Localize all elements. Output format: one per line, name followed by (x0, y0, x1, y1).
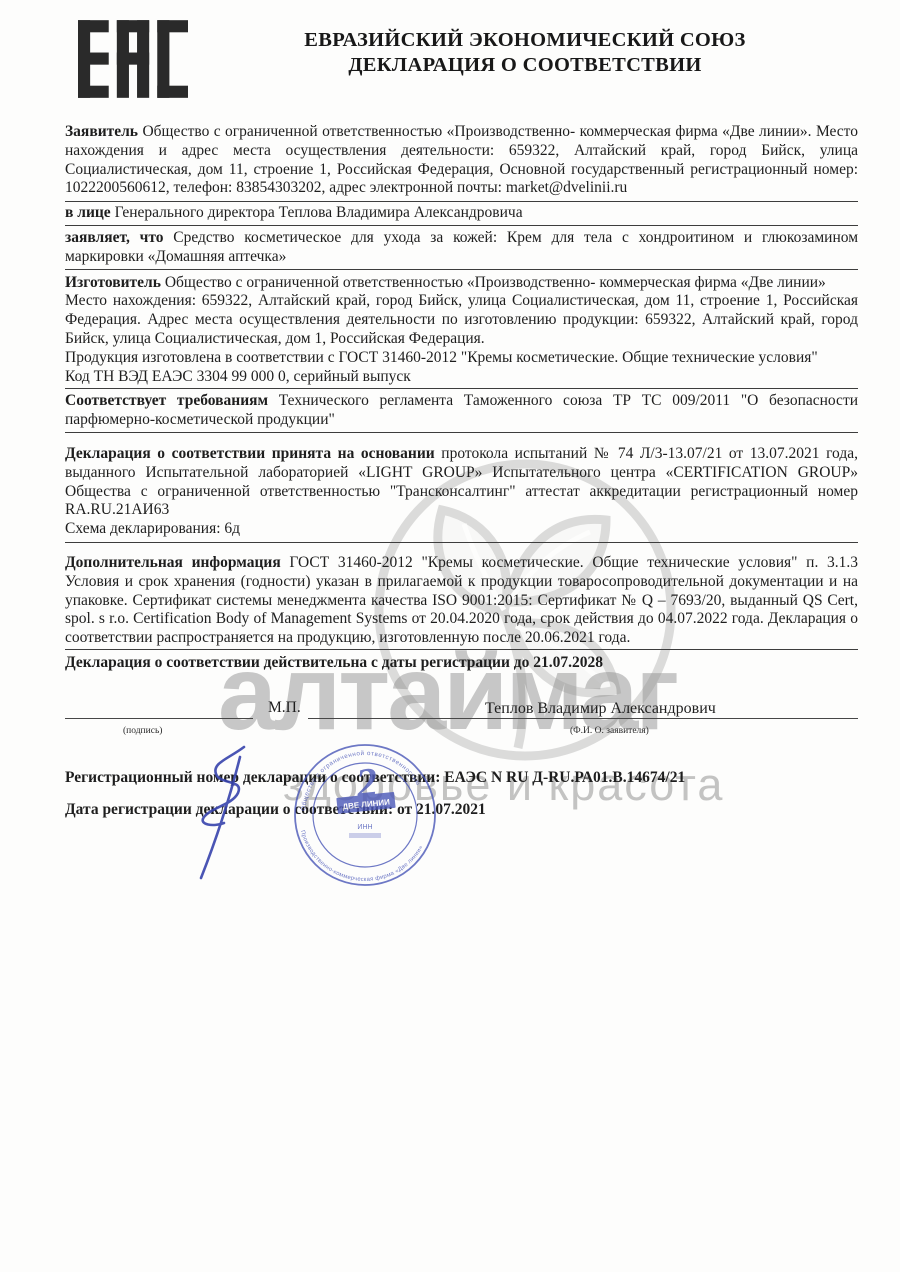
section-label: в лице (65, 204, 111, 221)
company-stamp: Общество с ограниченной ответственностью… (285, 737, 445, 889)
eac-logo (78, 20, 188, 98)
document-body: Заявитель Общество с ограниченной ответс… (65, 121, 858, 819)
stamp-inn-label: ИНН (357, 824, 372, 831)
manufacturer-tnved-code: Код ТН ВЭД ЕАЭС 3304 99 000 0, серийный … (65, 368, 858, 387)
declaration-scheme: Схема декларирования: 6д (65, 520, 858, 539)
signature-caption: (подпись) (123, 722, 162, 741)
validity-statement: Декларация о соответствии действительна … (65, 650, 858, 673)
name-caption: (Ф.И. О. заявителя) (570, 722, 649, 741)
stamp-inn-digits-blur (349, 833, 381, 838)
signature (170, 735, 280, 885)
section-text: Общество с ограниченной ответственностью… (165, 274, 826, 291)
section-basis: Декларация о соответствии принята на осн… (65, 433, 858, 543)
section-applicant: Заявитель Общество с ограниченной ответс… (65, 121, 858, 202)
section-text: Средство косметическое для ухода за коже… (65, 229, 858, 265)
section-text: Генерального директора Теплова Владимира… (115, 204, 523, 221)
section-declares-that: заявляет, что Средство косметическое для… (65, 226, 858, 270)
section-label: Изготовитель (65, 274, 161, 291)
section-label: Дополнительная информация (65, 554, 281, 571)
stamp-place-label: М.П. (268, 699, 301, 718)
section-manufacturer: Изготовитель Общество с ограниченной отв… (65, 270, 858, 390)
manufacturer-address: Место нахождения: 659322, Алтайский край… (65, 292, 858, 348)
section-label: заявляет, что (65, 229, 163, 246)
manufacturer-gost: Продукция изготовлена в соответствии с Г… (65, 349, 858, 368)
section-additional-info: Дополнительная информация ГОСТ 31460-201… (65, 543, 858, 650)
section-label: Декларация о соответствии принята на осн… (65, 445, 435, 462)
section-text: Общество с ограниченной ответственностью… (65, 123, 858, 196)
applicant-name: Теплов Владимир Александрович (485, 700, 716, 719)
signature-line (65, 718, 253, 719)
title-line-2: ДЕКЛАРАЦИЯ О СООТВЕТСТВИИ (190, 53, 860, 78)
section-complies-with: Соответствует требованиям Технического р… (65, 389, 858, 433)
document-page: алтаймаг здоровье и красота ЕВРАЗИЙСКИЙ … (0, 0, 900, 1272)
section-represented-by: в лице Генерального директора Теплова Вл… (65, 202, 858, 226)
section-label: Заявитель (65, 123, 138, 140)
document-title: ЕВРАЗИЙСКИЙ ЭКОНОМИЧЕСКИЙ СОЮЗ ДЕКЛАРАЦИ… (190, 28, 860, 77)
registration-number-value: ЕАЭС N RU Д-RU.РА01.В.14674/21 (444, 769, 685, 786)
section-label: Соответствует требованиям (65, 392, 268, 409)
title-line-1: ЕВРАЗИЙСКИЙ ЭКОНОМИЧЕСКИЙ СОЮЗ (190, 28, 860, 53)
